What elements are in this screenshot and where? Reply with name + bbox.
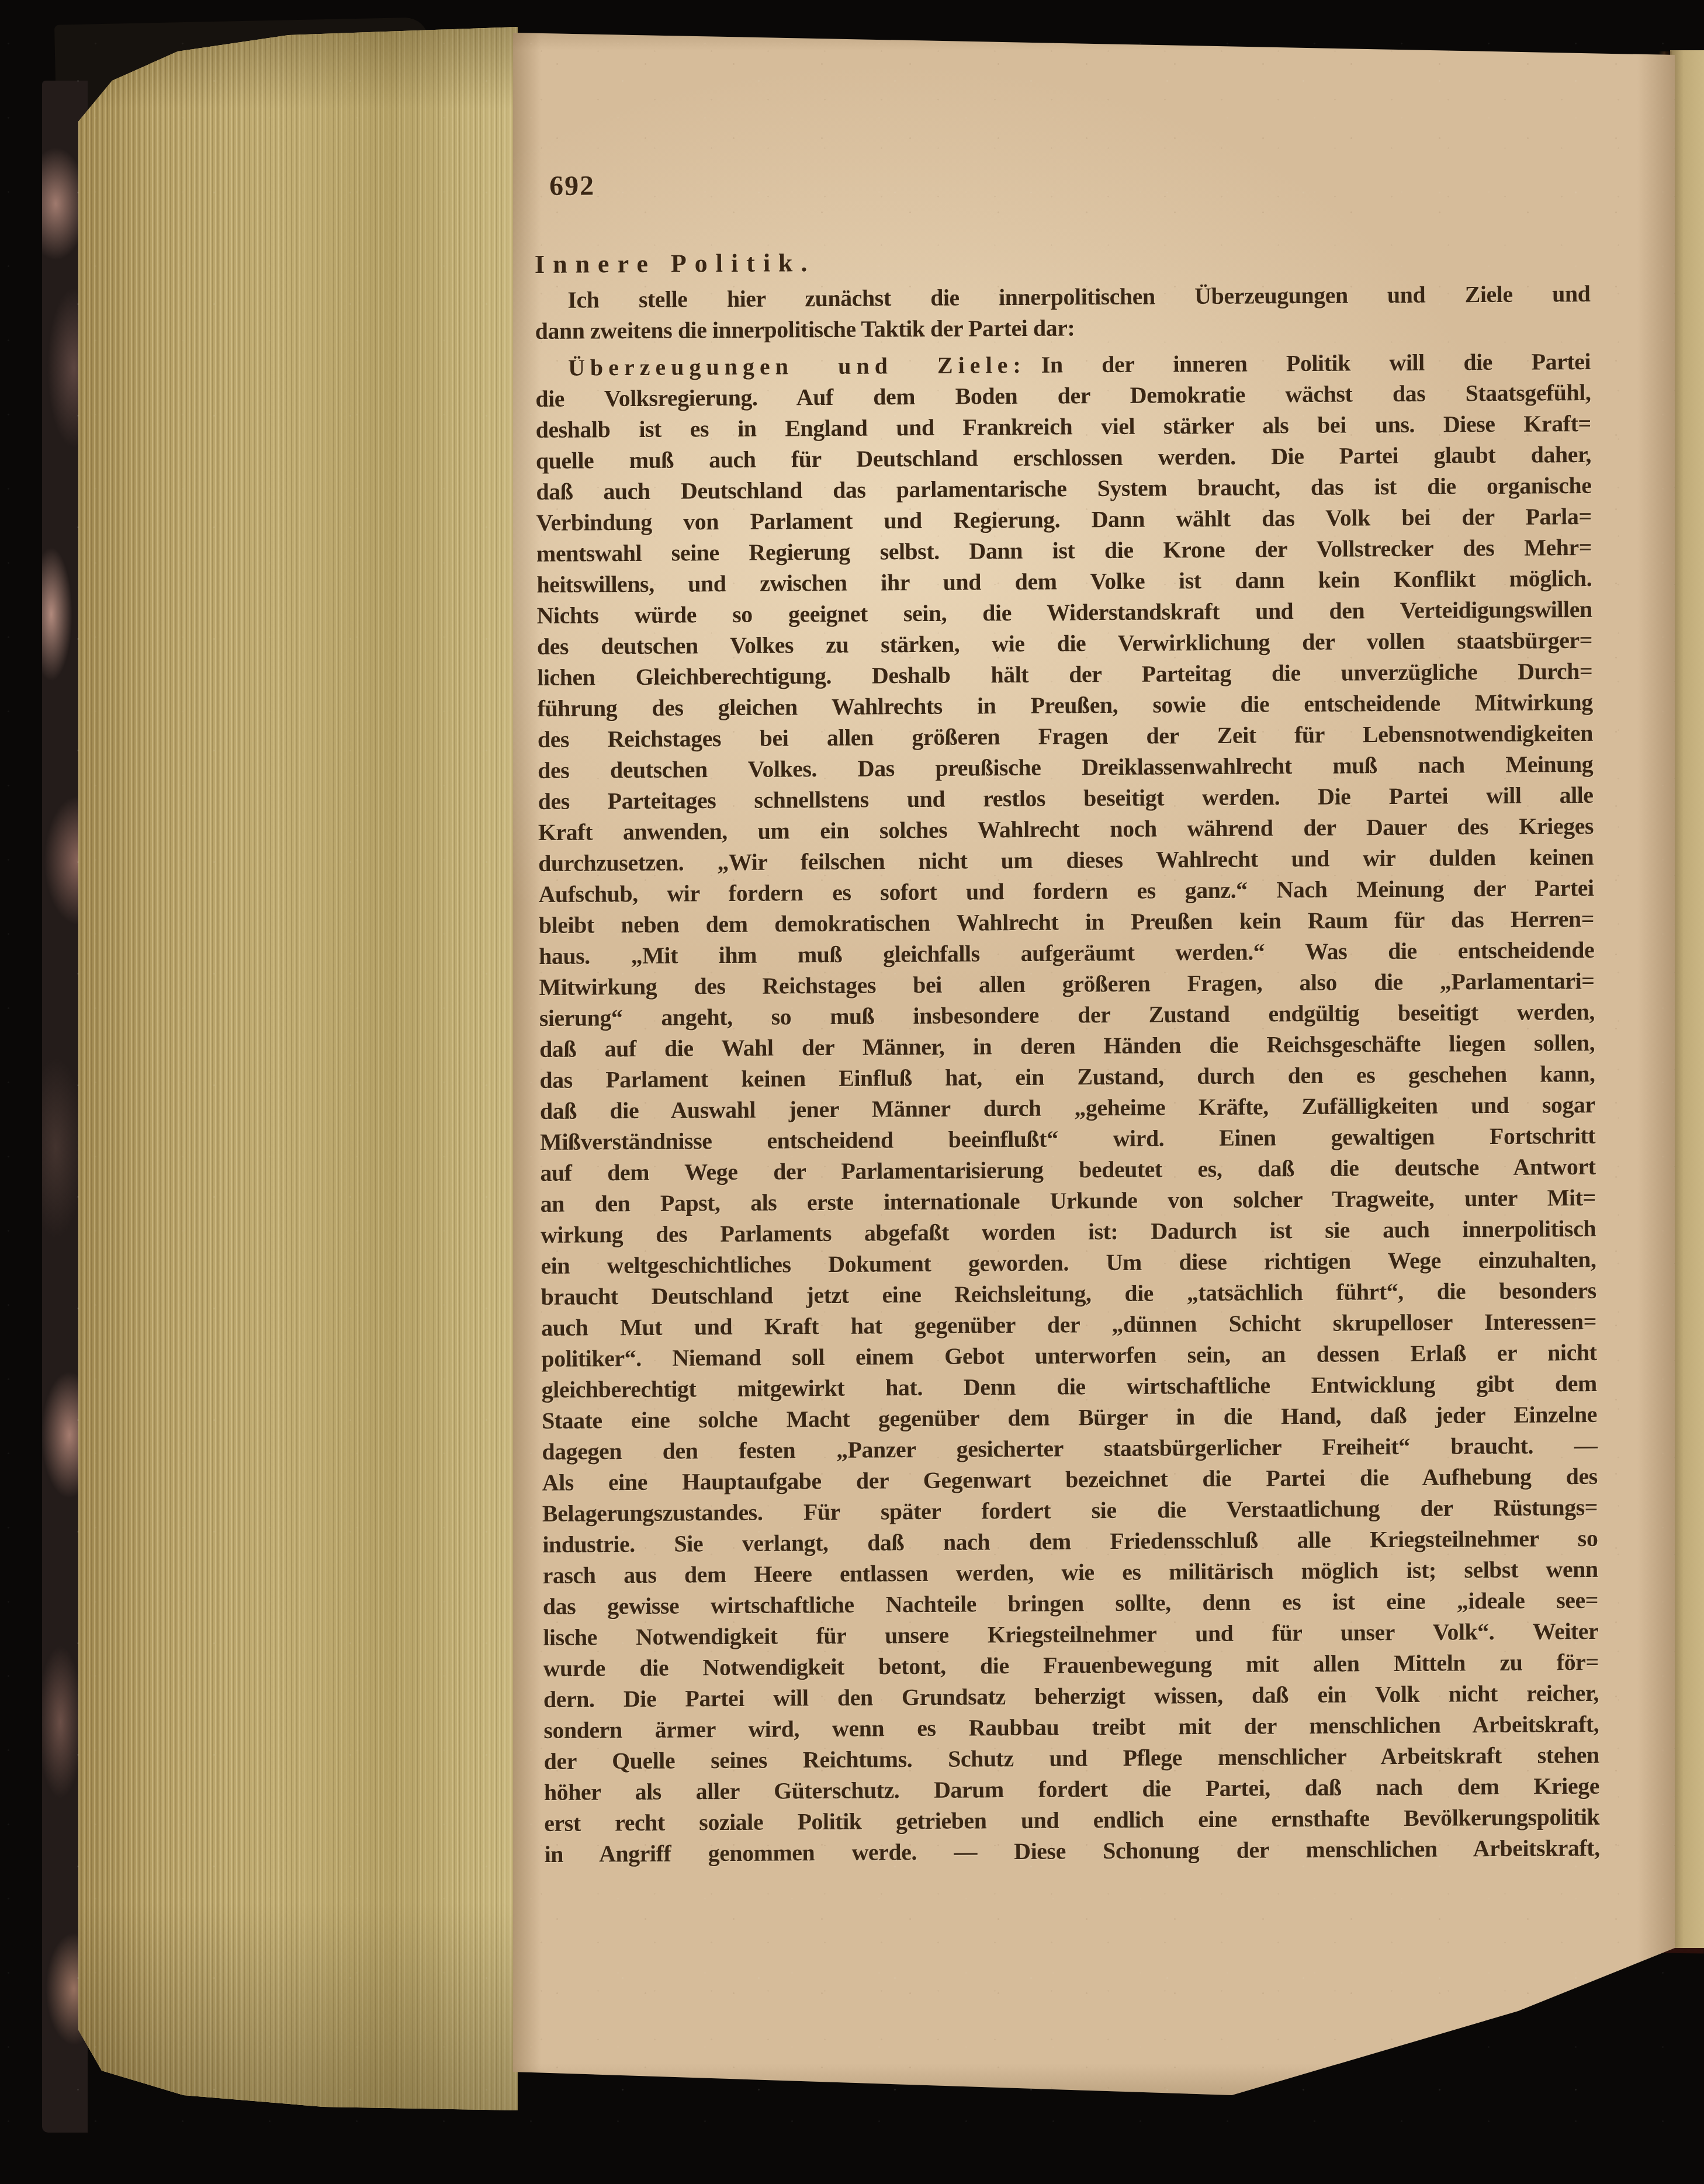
spaced-lead-text: Überzeugungen und Ziele: xyxy=(568,352,1026,381)
section-heading: Innere Politik. xyxy=(535,242,1590,280)
text-line: Ich stelle hier zunächst die innerpoliti… xyxy=(535,278,1590,316)
text-block: 692 Innere Politik. Ich stelle hier zunä… xyxy=(534,165,1600,1870)
book-scan: 692 Innere Politik. Ich stelle hier zunä… xyxy=(0,0,1704,2184)
page-number: 692 xyxy=(549,165,1589,201)
lead-rest-text: In der inneren Politik will die Partei xyxy=(1041,348,1591,378)
paragraph-lines: die Volksregierung. Auf dem Boden der De… xyxy=(535,377,1600,1870)
facing-page-edge xyxy=(1670,50,1704,1948)
paragraph-convictions: Überzeugungen und Ziele:In der inneren P… xyxy=(535,346,1600,1870)
text-line: in Angriff genommen werde. — Diese Schon… xyxy=(544,1832,1599,1870)
page-block-fore-edge xyxy=(78,27,518,2110)
book-page: 692 Innere Politik. Ich stelle hier zunä… xyxy=(513,27,1675,2105)
paragraph-intro: Ich stelle hier zunächst die innerpoliti… xyxy=(535,278,1591,346)
text-line: dann zweitens die innerpolitische Taktik… xyxy=(535,309,1591,346)
